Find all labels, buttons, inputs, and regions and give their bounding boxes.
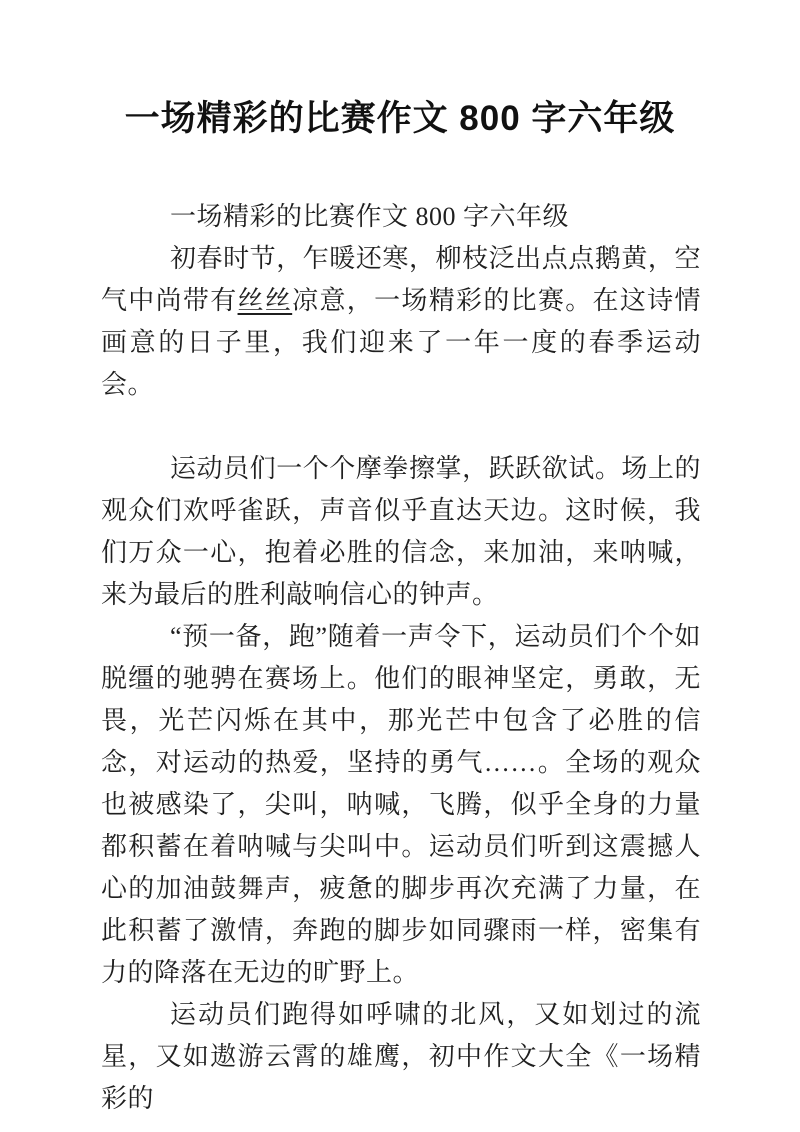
- paragraph-athletes: 运动员们一个个摩拳擦掌，跃跃欲试。场上的观众们欢呼雀跃，声音似乎直达天边。这时候…: [101, 448, 701, 616]
- paragraph-opening: 初春时节，乍暖还寒，柳枝泛出点点鹅黄，空气中尚带有丝丝凉意，一场精彩的比赛。在这…: [101, 238, 701, 406]
- document-title: 一场精彩的比赛作文 800 字六年级: [0, 97, 800, 141]
- paragraph-subtitle: 一场精彩的比赛作文 800 字六年级: [101, 196, 701, 238]
- blank-line: [101, 406, 701, 448]
- essay-body: 一场精彩的比赛作文 800 字六年级 初春时节，乍暖还寒，柳枝泛出点点鹅黄，空气…: [101, 196, 701, 1120]
- paragraph-closing: 运动员们跑得如呼啸的北风，又如划过的流星，又如遨游云霄的雄鹰，初中作文大全《一场…: [101, 994, 701, 1120]
- paragraph-race: “预一备，跑”随着一声令下，运动员们个个如脱缰的驰骋在赛场上。他们的眼神坚定，勇…: [101, 616, 701, 994]
- document-page: 一场精彩的比赛作文 800 字六年级 一场精彩的比赛作文 800 字六年级 初春…: [0, 0, 800, 1132]
- opening-underlined-text: 丝丝: [238, 286, 293, 315]
